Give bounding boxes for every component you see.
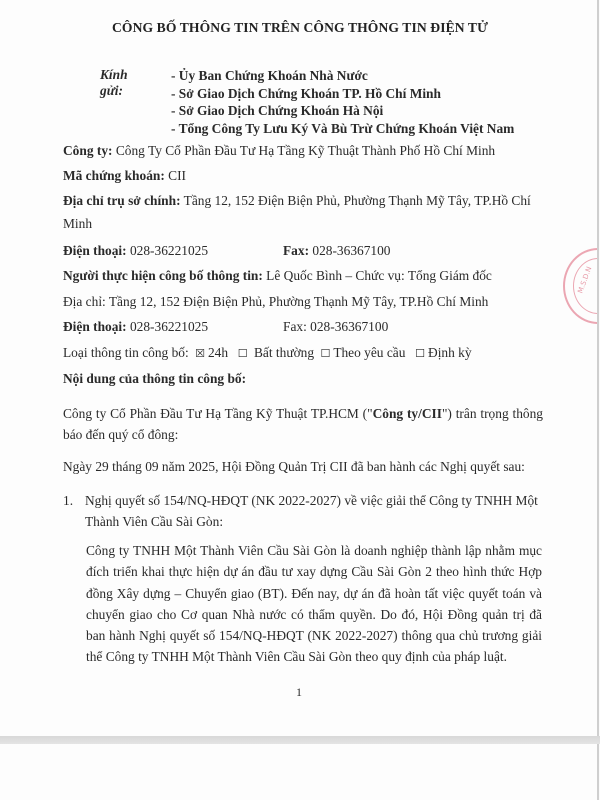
head-office-label: Địa chỉ trụ sở chính: (63, 193, 181, 208)
document-title: CÔNG BỐ THÔNG TIN TRÊN CÔNG THÔNG TIN ĐI… (0, 20, 600, 36)
discloser-value: Lê Quốc Bình – Chức vụ: Tổng Giám đốc (263, 268, 492, 283)
resolution-title: Nghị quyết số 154/NQ-HĐQT (NK 2022-2027)… (85, 490, 545, 532)
disclosure-type-line: Loại thông tin công bố: ☒24h ☐ Bất thườn… (63, 345, 472, 361)
page-separator (0, 736, 600, 744)
phone-label: Điện thoại: (63, 243, 127, 258)
recipient-item: - Tổng Công Ty Lưu Ký Và Bù Trừ Chứng Kh… (171, 120, 591, 138)
fax-value: 028-36367100 (309, 243, 390, 258)
ticker-line: Mã chứng khoán: CII (63, 168, 186, 184)
checkbox-theo-yeu-cau-icon[interactable]: ☐ (320, 347, 330, 360)
discloser-phone-value: 028-36221025 (127, 319, 208, 334)
fax-line: Fax: 028-36367100 (283, 243, 391, 259)
checkbox-dinh-ky-icon[interactable]: ☐ (415, 347, 425, 360)
option-theo-yeu-cau-label: Theo yêu cầu (333, 345, 405, 360)
intro-before: Công ty Cổ Phần Đầu Tư Hạ Tầng Kỹ Thuật … (63, 406, 373, 421)
intro-paragraph: Công ty Cổ Phần Đầu Tư Hạ Tầng Kỹ Thuật … (63, 403, 543, 445)
document-page: CÔNG BỐ THÔNG TIN TRÊN CÔNG THÔNG TIN ĐI… (0, 0, 599, 736)
content-heading: Nội dung của thông tin công bố: (63, 371, 246, 387)
ticker-value: CII (165, 168, 186, 183)
company-line: Công ty: Công Ty Cổ Phần Đầu Tư Hạ Tầng … (63, 143, 495, 159)
phone-value: 028-36221025 (127, 243, 208, 258)
discloser-label: Người thực hiện công bố thông tin: (63, 268, 263, 283)
option-bat-thuong-label: Bất thường (254, 345, 314, 360)
head-office-line-cont: Minh (63, 216, 92, 232)
resolution-number: 1. (63, 490, 73, 511)
company-label: Công ty: (63, 143, 112, 158)
discloser-phone-label: Điện thoại: (63, 319, 127, 334)
intro-bold: Công ty/CII (373, 406, 442, 421)
discloser-phone-line: Điện thoại: 028-36221025 (63, 319, 208, 335)
phone-line: Điện thoại: 028-36221025 (63, 243, 208, 259)
head-office-line: Địa chỉ trụ sở chính: Tầng 12, 152 Điện … (63, 193, 531, 209)
next-page (0, 744, 599, 800)
checkbox-bat-thuong-icon[interactable]: ☐ (238, 347, 248, 360)
recipient-item: - Ủy Ban Chứng Khoán Nhà Nước (171, 67, 591, 85)
recipients-label: Kính gửi: (100, 67, 128, 99)
discloser-line: Người thực hiện công bố thông tin: Lê Qu… (63, 268, 492, 284)
option-24h-label: 24h (208, 345, 228, 360)
page-number: 1 (296, 685, 302, 700)
discloser-address: Địa chỉ: Tầng 12, 152 Điện Biện Phủ, Phư… (63, 294, 488, 310)
disclosure-type-label: Loại thông tin công bố: (63, 345, 189, 360)
resolution-intro: Ngày 29 tháng 09 năm 2025, Hội Đồng Quản… (63, 459, 525, 475)
company-value: Công Ty Cổ Phần Đầu Tư Hạ Tầng Kỹ Thuật … (112, 143, 495, 158)
checkbox-24h-checked-icon[interactable]: ☒ (195, 347, 205, 360)
recipients-list: - Ủy Ban Chứng Khoán Nhà Nước - Sở Giao … (171, 67, 591, 137)
option-dinh-ky-label: Định kỳ (428, 345, 472, 360)
discloser-fax: Fax: 028-36367100 (283, 319, 388, 335)
ticker-label: Mã chứng khoán: (63, 168, 165, 183)
recipient-item: - Sở Giao Dịch Chứng Khoán Hà Nội (171, 102, 591, 120)
recipient-item: - Sở Giao Dịch Chứng Khoán TP. Hồ Chí Mi… (171, 85, 591, 103)
resolution-body: Công ty TNHH Một Thành Viên Cầu Sài Gòn … (86, 540, 542, 668)
head-office-value: Tầng 12, 152 Điện Biện Phủ, Phường Thạnh… (181, 193, 531, 208)
fax-label: Fax: (283, 243, 309, 258)
